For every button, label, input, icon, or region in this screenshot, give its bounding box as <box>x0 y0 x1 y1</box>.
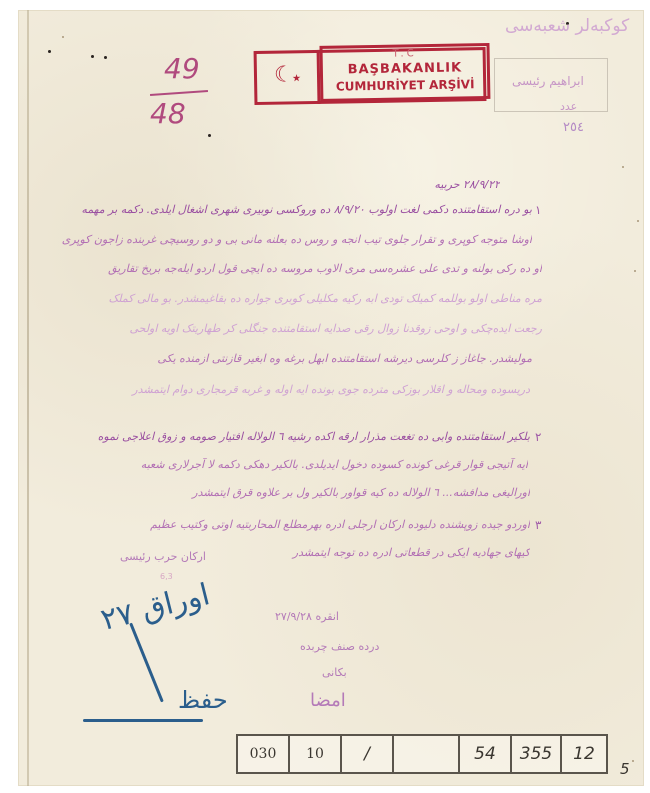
ink-speck <box>91 55 94 58</box>
reference-cell <box>394 736 460 772</box>
stamp-emblem-box: ☾★ <box>254 50 321 105</box>
registry-stamp-text: ابراهیم رئیسی <box>512 74 584 88</box>
ink-speck <box>48 50 51 53</box>
letter-line: بو دره استقامتنده دکمی لغت اولوب ٨/٩/٢٠ … <box>62 203 532 217</box>
closing-title1: درده صنف چربده <box>300 640 379 653</box>
paper-speck <box>622 166 624 168</box>
paragraph-number: ١ <box>535 203 541 217</box>
top-right-note: کوکبه‌لر شعبه‌سی <box>505 16 629 36</box>
marginal-signature: ارکان حرب رئیسی <box>120 550 206 563</box>
reference-cell: 10 <box>290 736 342 772</box>
ink-speck <box>104 56 107 59</box>
reference-cell: 12 <box>562 736 606 772</box>
blue-annotation-underline <box>83 719 203 722</box>
blue-annotation-line2: حفظ <box>178 686 228 714</box>
letter-line: اوردو جیده زوپشنده دلیوده ارکان ارجلی اد… <box>80 518 530 532</box>
closing-place-date: انقره ٢٧/٩/٢٨ <box>275 610 339 623</box>
paper-fold-line <box>27 10 29 786</box>
letter-line: بلکیر استقامتنده وابی ده تغعت مذرار ارقه… <box>60 430 530 444</box>
paper-speck <box>62 36 64 38</box>
reference-cell: 030 <box>238 736 290 772</box>
folio-numerator: 49 <box>164 52 200 85</box>
paper-speck <box>637 220 639 222</box>
signature: امضا <box>310 690 346 711</box>
letter-line: اوشا متوجه کوپری و تقرار جلوی تیب انجه و… <box>62 233 532 247</box>
letter-line: کیهای جهادیه ایکی در قطعاتی ادره ده توجه… <box>270 546 530 560</box>
archive-stamp: ☾★ T.C BAŞBAKANLIK CUMHURİYET ARŞİVİ <box>253 43 490 107</box>
registry-stamp-label: عدد <box>560 100 577 113</box>
paragraph-number: ٣ <box>535 518 541 532</box>
paragraph-number: ٢ <box>535 430 541 444</box>
letter-line: مولیشدر. جاغاز ز کلرسی دیرشه استقامتنده … <box>62 352 532 366</box>
letter-line: مره مناطی اولو بوللمه کمیلک تودی ابه رکی… <box>62 292 542 306</box>
letter-line: دریسوده ومحاله و اقلار بوزکی مترده جوی ب… <box>120 383 530 397</box>
letter-line: او ده رکی بولنه و تدی علی عشره‌سی مری ال… <box>62 262 542 276</box>
letter-date-line: ٢٨/٩/٢٢ حربیه <box>300 178 500 192</box>
reference-cell: / <box>342 736 394 772</box>
archive-reference-box: 030 10 / 54 355 12 <box>236 734 608 774</box>
stamp-line2: CUMHURİYET ARŞİVİ <box>320 77 490 94</box>
sheet-number: 5 <box>620 760 630 778</box>
small-pencil-note: 6,3 <box>160 572 173 581</box>
closing-title2: بکانی <box>322 666 347 679</box>
letter-line: رجعت ایده‌چکی و اوحی زوقدنا زوال رقی صدا… <box>62 322 542 336</box>
reference-cell: 355 <box>512 736 562 772</box>
letter-line: ایه آتیجی قوار قرغی کونده کسوده دخول اید… <box>78 458 528 472</box>
reference-cell: 54 <box>460 736 512 772</box>
stamp-line1: BAŞBAKANLIK <box>320 60 490 78</box>
letter-line: اورالیغی مدافشه... ٦ الولاله ده کیه قواو… <box>150 486 530 500</box>
paper-speck <box>634 270 636 272</box>
registry-number: ٢٥٤ <box>563 120 584 135</box>
paper-speck <box>632 760 634 762</box>
folio-denominator: 48 <box>150 97 186 130</box>
crescent-star-icon: ☾★ <box>274 64 294 86</box>
ink-speck <box>208 134 211 137</box>
